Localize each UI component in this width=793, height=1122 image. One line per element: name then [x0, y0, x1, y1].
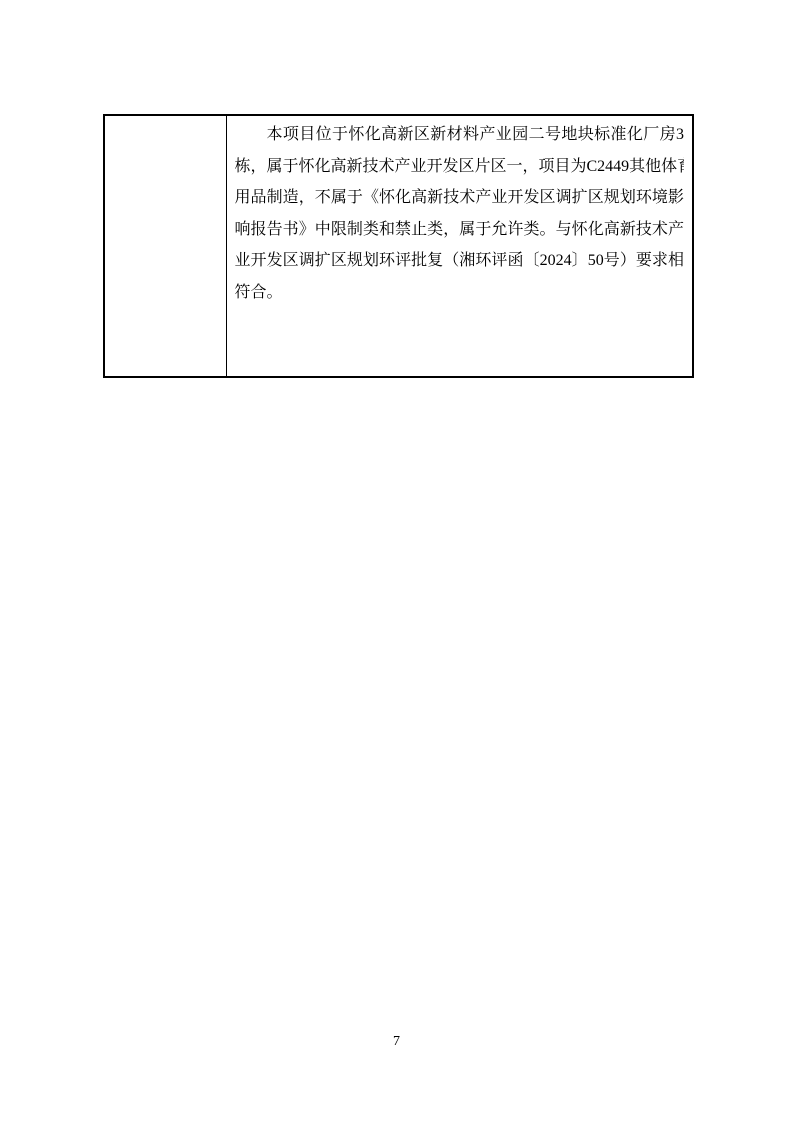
paragraph-line: 用品制造，不属于《怀化高新技术产业开发区调扩区规划环境影 [235, 182, 685, 214]
table-cell-label-empty [104, 115, 226, 377]
paragraph-line: 本项目位于怀化高新区新材料产业园二号地块标准化厂房3 [235, 119, 685, 151]
paragraph-line: 栋，属于怀化高新技术产业开发区片区一，项目为C2449其他体育 [235, 151, 685, 183]
page-number: 7 [0, 1033, 793, 1051]
paragraph-line: 响报告书》中限制类和禁止类，属于允许类。与怀化高新技术产 [235, 214, 685, 246]
paragraph-line: 业开发区调扩区规划环评批复（湘环评函〔2024〕50号）要求相 [235, 245, 685, 277]
table-row: 本项目位于怀化高新区新材料产业园二号地块标准化厂房3 栋，属于怀化高新技术产业开… [104, 115, 693, 377]
table-cell-content: 本项目位于怀化高新区新材料产业园二号地块标准化厂房3 栋，属于怀化高新技术产业开… [226, 115, 693, 377]
content-table: 本项目位于怀化高新区新材料产业园二号地块标准化厂房3 栋，属于怀化高新技术产业开… [103, 114, 694, 378]
paragraph-line: 符合。 [235, 277, 685, 309]
document-page: 本项目位于怀化高新区新材料产业园二号地块标准化厂房3 栋，属于怀化高新技术产业开… [0, 0, 793, 1122]
